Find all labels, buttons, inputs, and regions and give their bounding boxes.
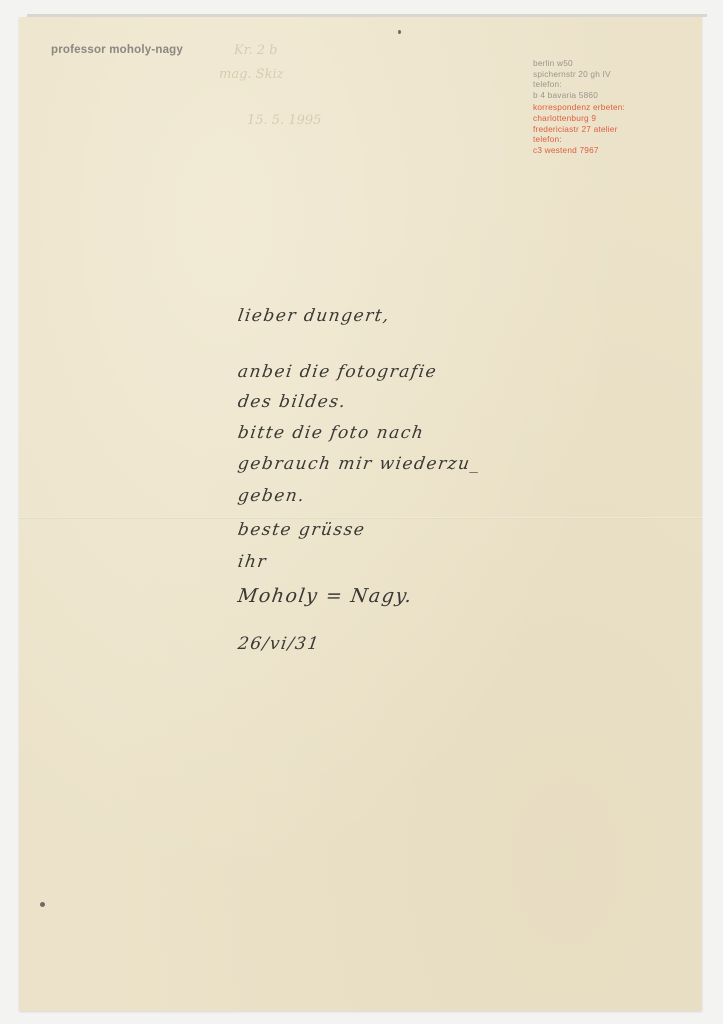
- address-line: b 4 bavaria 5860: [533, 90, 625, 101]
- salutation: lieber dungert,: [237, 306, 392, 326]
- body-line: geben.: [237, 486, 307, 506]
- pencil-annotation: 15. 5. 1995: [247, 113, 321, 128]
- letter-sheet: professor moholy-nagy Kr. 2 b mag. Skiz …: [19, 17, 702, 1011]
- signature: Moholy = Nagy.: [236, 585, 414, 607]
- address-line: telefon:: [533, 79, 625, 90]
- correspondence-line: telefon:: [533, 134, 625, 145]
- ink-spot: [40, 902, 45, 907]
- correspondence-line: fredericiastr 27 atelier: [533, 124, 625, 135]
- address-line: spichernstr 20 gh IV: [533, 69, 625, 80]
- correspondence-line: charlottenburg 9: [533, 113, 625, 124]
- body-line: bitte die foto nach: [237, 423, 426, 443]
- ink-spot: [398, 30, 401, 34]
- letter-date: 26/vi/31: [237, 634, 322, 654]
- paper-fold-crease: [19, 517, 702, 519]
- correspondence-line: c3 westend 7967: [533, 145, 625, 156]
- paper-top-edge: [27, 14, 707, 17]
- pencil-annotation: mag. Skiz: [219, 67, 283, 82]
- body-line: anbei die fotografie: [237, 362, 439, 382]
- closing: beste grüsse: [237, 520, 367, 540]
- address-line: berlin w50: [533, 58, 625, 69]
- correspondence-line: korrespondenz erbeten:: [533, 102, 625, 113]
- letterhead-address: berlin w50 spichernstr 20 gh IV telefon:…: [533, 58, 625, 155]
- body-line: des bildes.: [237, 392, 348, 412]
- pencil-annotation: Kr. 2 b: [234, 43, 278, 58]
- body-line: gebrauch mir wiederzu_: [237, 454, 482, 474]
- letterhead-name: professor moholy-nagy: [51, 44, 183, 56]
- closing-ihr: ihr: [237, 552, 269, 572]
